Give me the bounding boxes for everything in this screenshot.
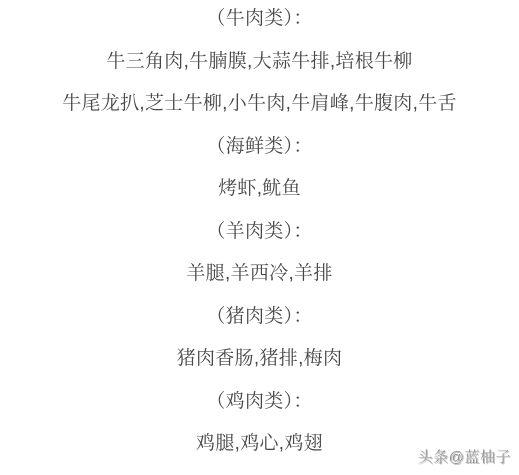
category-pork: （猪肉类）： <box>0 296 519 339</box>
category-seafood: （海鲜类）： <box>0 126 519 169</box>
items-seafood: 烤虾,鱿鱼 <box>0 168 519 211</box>
page: （牛肉类）： 牛三角肉,牛腩膜,大蒜牛排,培根牛柳 牛尾龙扒,芝士牛柳,小牛肉,… <box>0 0 519 475</box>
category-beef: （牛肉类）： <box>0 0 519 41</box>
category-lamb: （羊肉类）： <box>0 211 519 254</box>
items-beef-2: 牛尾龙扒,芝士牛柳,小牛肉,牛肩峰,牛腹肉,牛舌 <box>0 83 519 126</box>
items-beef-1: 牛三角肉,牛腩膜,大蒜牛排,培根牛柳 <box>0 41 519 84</box>
toutiao-watermark: 头条@蓝柚子 <box>419 447 512 468</box>
items-pork: 猪肉香肠,猪排,梅肉 <box>0 338 519 381</box>
items-lamb: 羊腿,羊西冷,羊排 <box>0 253 519 296</box>
category-chicken: （鸡肉类）： <box>0 381 519 424</box>
menu-list: （牛肉类）： 牛三角肉,牛腩膜,大蒜牛排,培根牛柳 牛尾龙扒,芝士牛柳,小牛肉,… <box>0 0 519 466</box>
